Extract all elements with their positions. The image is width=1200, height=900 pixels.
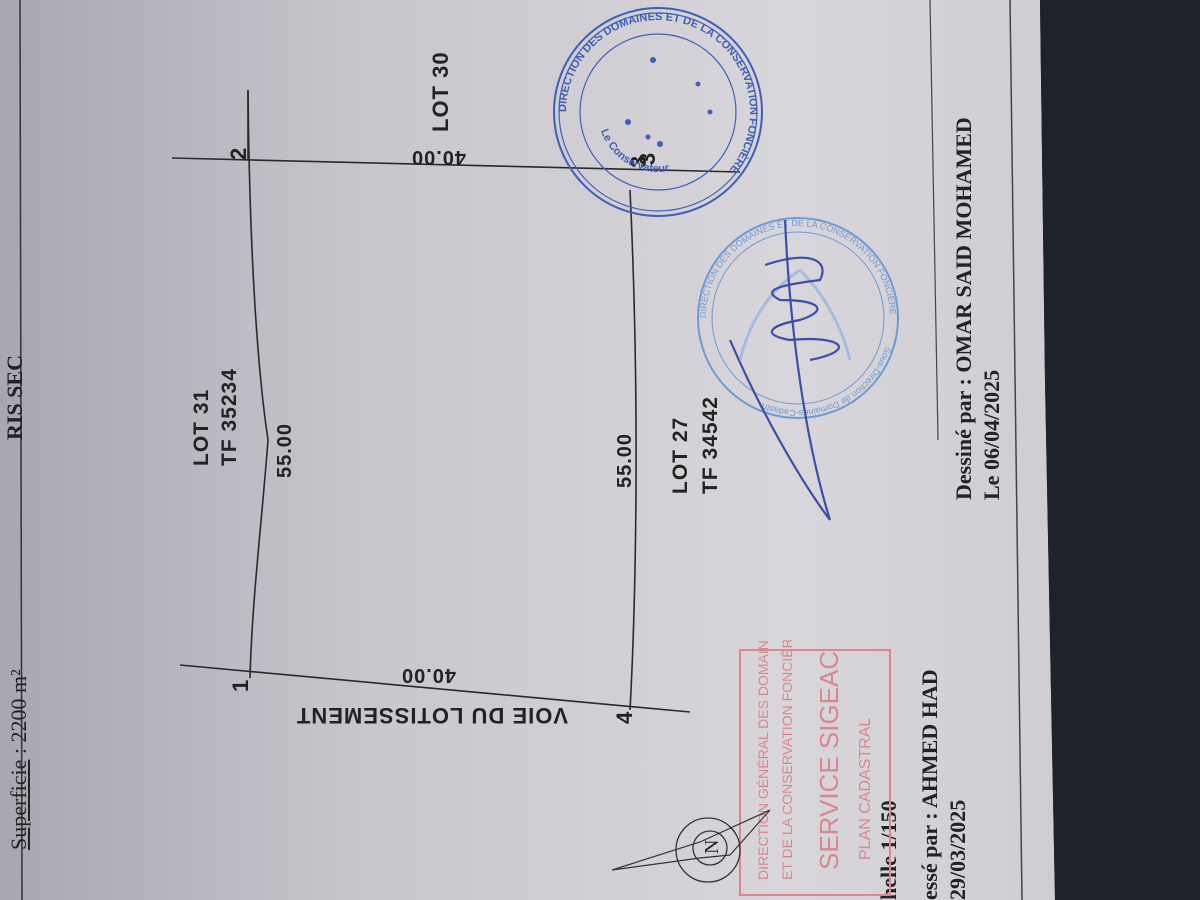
svg-text:SERVICE SIGEAC: SERVICE SIGEAC [814,651,844,870]
svg-text:N: N [701,840,723,854]
signature [730,220,839,520]
drawn-by: Dessiné par : OMAR SAID MOHAMED Le 06/04… [950,117,1006,500]
superficie: Superficie : 2200 m² [6,669,32,850]
document-photo: Superficie : 2200 m² RIS SEC VOIE DU LOT… [0,0,1200,900]
point-1: 1 [228,679,254,692]
dimension-4-1: 40.00 [401,663,456,686]
point-2: 2 [226,147,252,160]
neighbor-lot-31: LOT 31 TF 35234 [188,368,244,466]
conservator-stamp: DIRECTION DES DOMAINES ET DE LA CONSERVA… [548,2,768,222]
north-arrow-icon: N [600,770,800,900]
header-partial: RIS SEC [2,355,28,440]
subdirection-stamp: DIRECTION DES DOMAINES ET DE LA CONSERVA… [690,210,930,530]
neighbor-lot-30: LOT 30 [428,51,454,132]
point-4: 4 [612,711,638,724]
svg-text:PLAN CADASTRAL: PLAN CADASTRAL [857,718,874,860]
svg-text:Le Conservateur: Le Conservateur [598,127,671,175]
road-label: VOIE DU LOTISSEMENT [296,702,568,728]
dimension-3-4: 55.00 [614,433,637,488]
dimension-2-3: 40.00 [411,145,466,168]
svg-text:3: 3 [635,153,660,165]
dimension-1-2: 55.00 [274,423,297,478]
